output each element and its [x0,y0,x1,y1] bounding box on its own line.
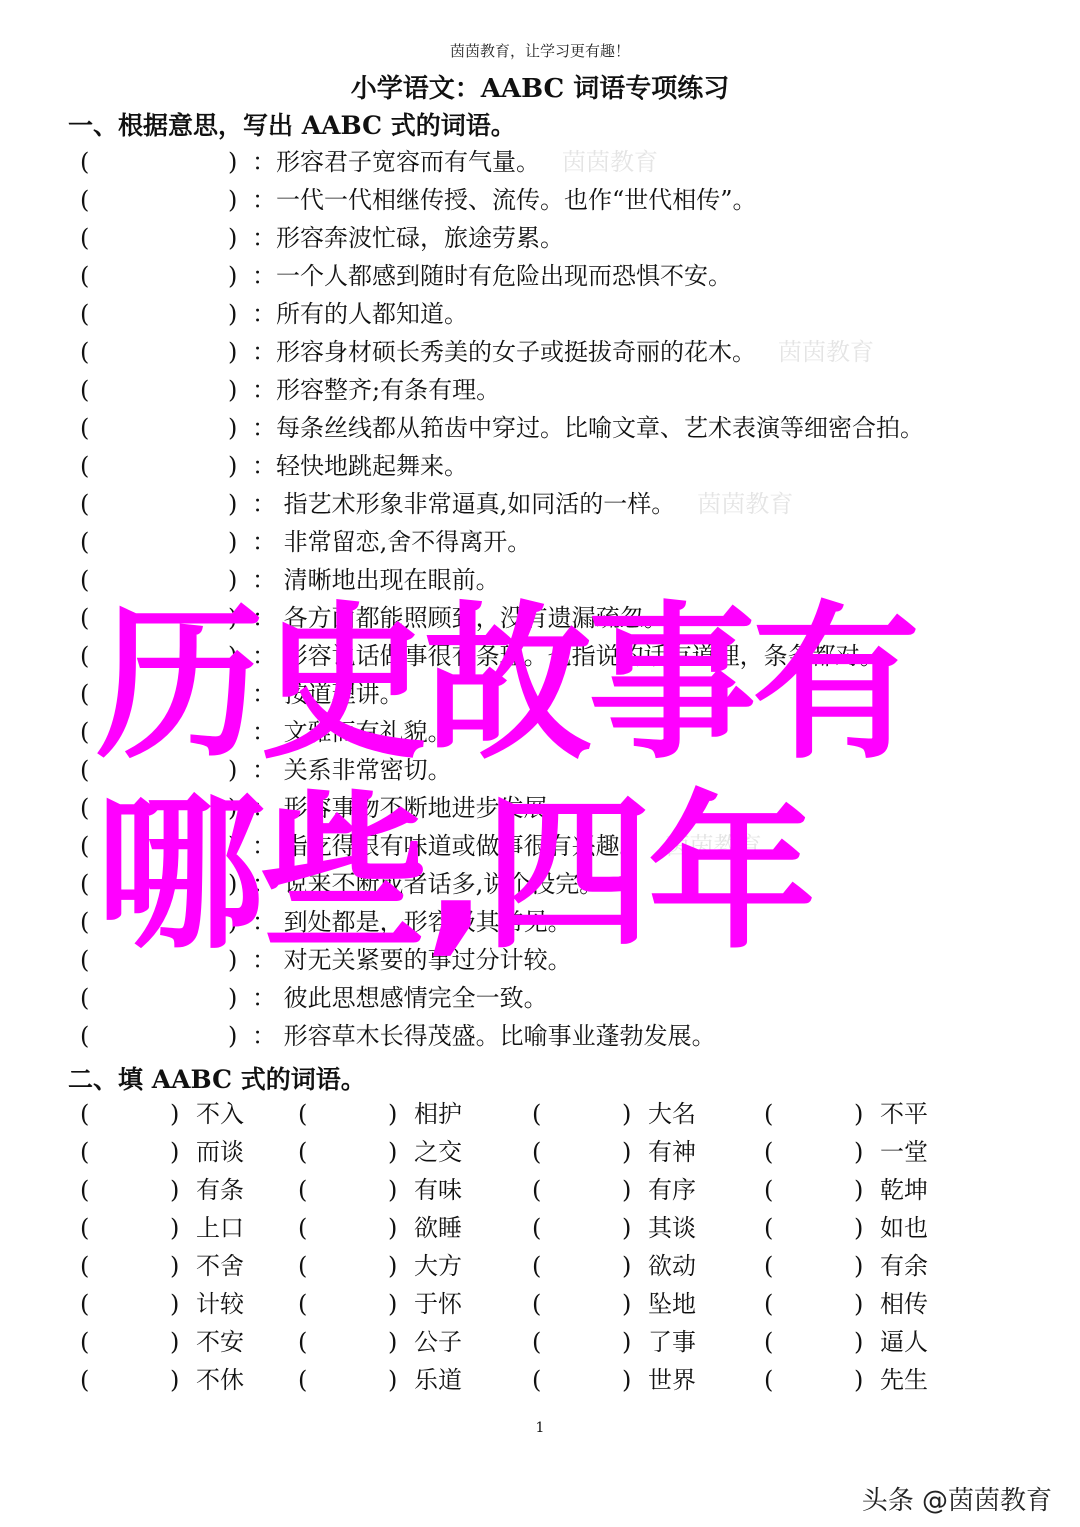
fill-item: ()公子 [298,1323,528,1361]
answer-blank-close: ) [170,1323,179,1361]
word-suffix: 有味 [414,1171,462,1209]
fill-row: ()不舍()大方()欲动()有余 [80,1247,980,1285]
answer-blank-close: ) [228,333,237,371]
fill-item: ()逼人 [764,1323,994,1361]
answer-blank-open: ( [80,675,89,713]
answer-blank-close: ) [388,1171,397,1209]
answer-blank-open: ( [80,827,89,865]
answer-blank-open: ( [80,865,89,903]
answer-blank-close: ) [622,1285,631,1323]
answer-blank-close: ) [388,1209,397,1247]
answer-blank-open: ( [80,1171,89,1209]
answer-blank-close: ) [854,1095,863,1133]
answer-blank-close: ) [622,1247,631,1285]
fill-item: ()如也 [764,1209,994,1247]
answer-blank-close: ) [388,1095,397,1133]
document-title: 小学语文：AABC 词语专项练习 [0,68,1080,105]
answer-blank-close: ) [228,1017,237,1055]
answer-blank-open: ( [298,1209,307,1247]
answer-blank-close: ) [854,1361,863,1399]
answer-blank-close: ) [622,1361,631,1399]
fill-row: ()有条()有味()有序()乾坤 [80,1171,980,1209]
answer-blank-close: ) [854,1133,863,1171]
answer-blank-open: ( [80,979,89,1017]
source-watermark: 头条 @茵茵教育 [862,1480,1052,1517]
fill-item: ()计较 [80,1285,310,1323]
answer-blank-open: ( [80,1285,89,1323]
answer-blank-close: ) [170,1285,179,1323]
answer-blank-close: ) [228,257,237,295]
fill-item: ()不安 [80,1323,310,1361]
answer-blank-open: ( [80,941,89,979]
answer-blank-close: ) [622,1171,631,1209]
answer-blank-open: ( [298,1247,307,1285]
definition-text: ：形容君子宽容而有气量。 [252,148,540,176]
page-number: 1 [0,1420,1080,1436]
word-suffix: 世界 [648,1361,696,1399]
answer-blank-close: ) [228,219,237,257]
definition-text: ：形容奔波忙碌，旅途劳累。 [252,224,564,252]
answer-blank-open: ( [80,1017,89,1055]
answer-blank-close: ) [854,1247,863,1285]
fill-row: ()不入()相护()大名()不平 [80,1095,980,1133]
definition-text: ：所有的人都知道。 [252,300,468,328]
answer-blank-open: ( [80,751,89,789]
answer-blank-open: ( [764,1323,773,1361]
answer-blank-close: ) [622,1209,631,1247]
word-suffix: 其谈 [648,1209,696,1247]
answer-blank-open: ( [532,1323,541,1361]
answer-blank-close: ) [388,1361,397,1399]
word-suffix: 了事 [648,1323,696,1361]
word-suffix: 而谈 [196,1133,244,1171]
fill-item: ()坠地 [532,1285,762,1323]
word-suffix: 乐道 [414,1361,462,1399]
answer-blank-open: ( [80,333,89,371]
fill-item: ()不入 [80,1095,310,1133]
word-suffix: 相传 [880,1285,928,1323]
answer-blank-open: ( [532,1285,541,1323]
fill-row: ()上口()欲睡()其谈()如也 [80,1209,980,1247]
answer-blank-close: ) [622,1133,631,1171]
fill-item: ()不舍 [80,1247,310,1285]
fill-row: ()不休()乐道()世界()先生 [80,1361,980,1399]
answer-blank-open: ( [80,143,89,181]
answer-blank-close: ) [388,1133,397,1171]
fill-item: ()而谈 [80,1133,310,1171]
answer-blank-close: ) [228,295,237,333]
word-suffix: 之交 [414,1133,462,1171]
answer-blank-open: ( [532,1133,541,1171]
answer-blank-close: ) [170,1133,179,1171]
fill-item: ()一堂 [764,1133,994,1171]
answer-blank-open: ( [80,599,89,637]
fill-item: ()其谈 [532,1209,762,1247]
word-suffix: 不安 [196,1323,244,1361]
fill-item: ()有神 [532,1133,762,1171]
answer-blank-close: ) [622,1323,631,1361]
fill-item: ()乾坤 [764,1171,994,1209]
fill-item: ()先生 [764,1361,994,1399]
answer-blank-open: ( [80,1361,89,1399]
fill-item: ()有条 [80,1171,310,1209]
definition-text: ：轻快地跳起舞来。 [252,452,468,480]
definition-text: ：每条丝线都从筘齿中穿过。比喻文章、艺术表演等细密合拍。 [252,414,924,442]
answer-blank-open: ( [80,903,89,941]
word-suffix: 相护 [414,1095,462,1133]
answer-blank-open: ( [532,1247,541,1285]
answer-blank-open: ( [80,485,89,523]
word-suffix: 于怀 [414,1285,462,1323]
answer-blank-open: ( [80,371,89,409]
answer-blank-open: ( [80,257,89,295]
fill-item: ()相传 [764,1285,994,1323]
answer-blank-open: ( [764,1133,773,1171]
definition-text: ： 形容草木长得茂盛。比喻事业蓬勃发展。 [252,1022,716,1050]
word-suffix: 一堂 [880,1133,928,1171]
fill-row: ()计较()于怀()坠地()相传 [80,1285,980,1323]
answer-blank-open: ( [80,637,89,675]
answer-blank-open: ( [764,1247,773,1285]
answer-blank-open: ( [298,1095,307,1133]
word-suffix: 有序 [648,1171,696,1209]
definition-text: ：一个人都感到随时有危险出现而恐惧不安。 [252,262,732,290]
fill-row: ()而谈()之交()有神()一堂 [80,1133,980,1171]
word-suffix: 有余 [880,1247,928,1285]
definition-text: ： 指艺术形象非常逼真,如同活的一样。 [252,490,675,518]
answer-blank-close: ) [170,1361,179,1399]
word-suffix: 不休 [196,1361,244,1399]
answer-blank-open: ( [764,1095,773,1133]
faint-watermark: 茵茵教育 [778,338,874,366]
word-suffix: 不舍 [196,1247,244,1285]
answer-blank-close: ) [228,523,237,561]
fill-item: ()欲动 [532,1247,762,1285]
faint-watermark: 茵茵教育 [697,490,793,518]
section1-heading: 一、根据意思，写出 AABC 式的词语。 [68,106,516,142]
fill-item: ()世界 [532,1361,762,1399]
answer-blank-open: ( [80,713,89,751]
word-suffix: 如也 [880,1209,928,1247]
answer-blank-open: ( [532,1361,541,1399]
fill-item: ()上口 [80,1209,310,1247]
answer-blank-close: ) [388,1285,397,1323]
word-suffix: 不入 [196,1095,244,1133]
fill-item: ()大名 [532,1095,762,1133]
answer-blank-close: ) [854,1323,863,1361]
word-suffix: 不平 [880,1095,928,1133]
definition-text: ：形容整齐;有条有理。 [252,376,500,404]
answer-blank-close: ) [228,143,237,181]
answer-blank-open: ( [764,1285,773,1323]
answer-blank-open: ( [80,1209,89,1247]
answer-blank-close: ) [170,1209,179,1247]
word-suffix: 逼人 [880,1323,928,1361]
answer-blank-open: ( [298,1171,307,1209]
answer-blank-open: ( [764,1361,773,1399]
answer-blank-close: ) [228,371,237,409]
answer-blank-close: ) [228,447,237,485]
word-suffix: 上口 [196,1209,244,1247]
definition-text: ： 非常留恋,舍不得离开。 [252,528,531,556]
answer-blank-open: ( [532,1209,541,1247]
answer-blank-close: ) [854,1171,863,1209]
fill-item: ()有序 [532,1171,762,1209]
answer-blank-open: ( [298,1285,307,1323]
answer-blank-open: ( [298,1323,307,1361]
answer-blank-open: ( [80,409,89,447]
word-suffix: 大名 [648,1095,696,1133]
word-suffix: 先生 [880,1361,928,1399]
answer-blank-open: ( [298,1361,307,1399]
answer-blank-close: ) [170,1247,179,1285]
fill-item: ()了事 [532,1323,762,1361]
definition-text: ：一代一代相继传授、流传。也作“世代相传”。 [252,186,757,214]
answer-blank-close: ) [388,1323,397,1361]
word-suffix: 有神 [648,1133,696,1171]
answer-blank-close: ) [228,979,237,1017]
header-slogan: 茵茵教育，让学习更有趣！ [0,40,1080,61]
answer-blank-open: ( [80,447,89,485]
answer-blank-close: ) [388,1247,397,1285]
overlay-title-line2: 哪些,四年 [96,790,812,958]
word-suffix: 公子 [414,1323,462,1361]
answer-blank-open: ( [532,1095,541,1133]
answer-blank-open: ( [80,561,89,599]
answer-blank-open: ( [80,1095,89,1133]
fill-item: ()乐道 [298,1361,528,1399]
word-suffix: 坠地 [648,1285,696,1323]
answer-blank-open: ( [80,789,89,827]
answer-blank-open: ( [80,1133,89,1171]
fill-item: ()欲睡 [298,1209,528,1247]
faint-watermark: 茵茵教育 [562,148,658,176]
word-suffix: 欲睡 [414,1209,462,1247]
definition-text: ：形容身材硕长秀美的女子或挺拔奇丽的花木。 [252,338,756,366]
answer-blank-close: ) [228,409,237,447]
word-suffix: 计较 [196,1285,244,1323]
word-suffix: 欲动 [648,1247,696,1285]
answer-blank-close: ) [170,1171,179,1209]
fill-item: ()有余 [764,1247,994,1285]
word-suffix: 乾坤 [880,1171,928,1209]
fill-item: ()之交 [298,1133,528,1171]
answer-blank-close: ) [854,1209,863,1247]
section2-heading: 二、填 AABC 式的词语。 [68,1060,366,1096]
answer-blank-open: ( [80,181,89,219]
fill-item: ()有味 [298,1171,528,1209]
fill-item: ()不平 [764,1095,994,1133]
answer-blank-open: ( [80,295,89,333]
answer-blank-open: ( [80,523,89,561]
answer-blank-open: ( [80,219,89,257]
answer-blank-open: ( [532,1171,541,1209]
answer-blank-close: ) [854,1285,863,1323]
word-suffix: 有条 [196,1171,244,1209]
answer-blank-close: ) [228,181,237,219]
fill-item: ()相护 [298,1095,528,1133]
word-suffix: 大方 [414,1247,462,1285]
fill-item: ()不休 [80,1361,310,1399]
answer-blank-close: ) [228,485,237,523]
answer-blank-close: ) [170,1095,179,1133]
definition-text: ： 彼此思想感情完全一致。 [252,984,548,1012]
fill-item: ()大方 [298,1247,528,1285]
fill-item: ()于怀 [298,1285,528,1323]
answer-blank-close: ) [622,1095,631,1133]
overlay-title-line1: 历史故事有 [96,600,916,768]
answer-blank-open: ( [764,1171,773,1209]
answer-blank-open: ( [298,1133,307,1171]
fill-row: ()不安()公子()了事()逼人 [80,1323,980,1361]
answer-blank-open: ( [80,1247,89,1285]
answer-blank-open: ( [764,1209,773,1247]
answer-blank-open: ( [80,1323,89,1361]
